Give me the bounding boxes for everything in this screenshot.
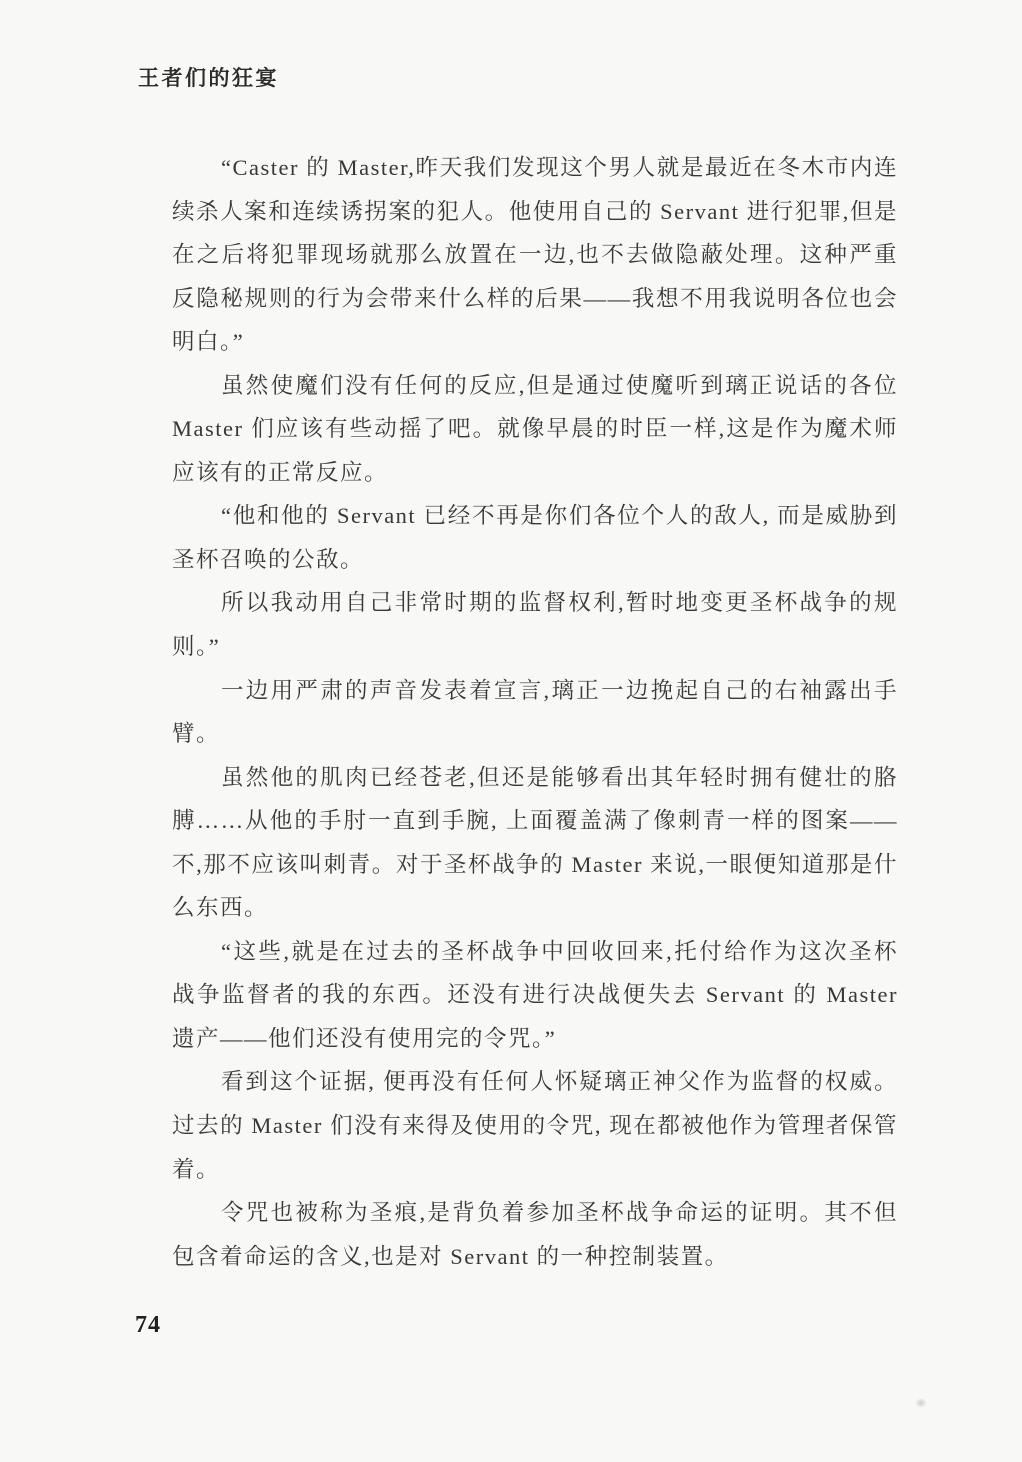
text-line: 虽然使魔们没有任何的反应,但是通过使魔听到璃正说话的各位 <box>172 364 898 408</box>
text-line: 应该有的正常反应。 <box>172 451 898 495</box>
page-body: “Caster 的 Master,昨天我们发现这个男人就是最近在冬木市内连续杀人… <box>172 146 898 1278</box>
text-line: 着。 <box>172 1148 898 1192</box>
text-line: 所以我动用自己非常时期的监督权利,暂时地变更圣杯战争的规 <box>172 581 898 625</box>
text-line: “Caster 的 Master,昨天我们发现这个男人就是最近在冬木市内连 <box>172 146 898 190</box>
text-line: 圣杯召唤的公敌。 <box>172 538 898 582</box>
text-line: 续杀人案和连续诱拐案的犯人。他使用自己的 Servant 进行犯罪,但是 <box>172 190 898 234</box>
text-line: 明白。” <box>172 320 898 364</box>
scan-smudge <box>915 1398 927 1408</box>
text-line: 则。” <box>172 625 898 669</box>
text-line: “这些,就是在过去的圣杯战争中回收回来,托付给作为这次圣杯 <box>172 930 898 974</box>
book-page: 王者们的狂宴 “Caster 的 Master,昨天我们发现这个男人就是最近在冬… <box>0 0 1022 1462</box>
text-line: 虽然他的肌肉已经苍老,但还是能够看出其年轻时拥有健壮的胳 <box>172 756 898 800</box>
text-line: 过去的 Master 们没有来得及使用的令咒, 现在都被他作为管理者保管 <box>172 1104 898 1148</box>
text-line: 包含着命运的含义,也是对 Servant 的一种控制装置。 <box>172 1235 898 1279</box>
text-line: 在之后将犯罪现场就那么放置在一边,也不去做隐蔽处理。这种严重违 <box>172 233 898 277</box>
running-header: 王者们的狂宴 <box>138 62 279 92</box>
text-line: 遗产——他们还没有使用完的令咒。” <box>172 1017 898 1061</box>
text-line: 么东西。 <box>172 886 898 930</box>
text-line: 看到这个证据, 便再没有任何人怀疑璃正神父作为监督的权威。 <box>172 1060 898 1104</box>
page-number: 74 <box>135 1312 161 1339</box>
text-line: 战争监督者的我的东西。还没有进行决战便失去 Servant 的 Master 们… <box>172 973 898 1017</box>
text-line: 反隐秘规则的行为会带来什么样的后果——我想不用我说明各位也会 <box>172 277 898 321</box>
text-line: 不,那不应该叫刺青。对于圣杯战争的 Master 来说,一眼便知道那是什 <box>172 843 898 887</box>
text-line: 一边用严肃的声音发表着宣言,璃正一边挽起自己的右袖露出手 <box>172 669 898 713</box>
text-line: 臂。 <box>172 712 898 756</box>
text-line: Master 们应该有些动摇了吧。就像早晨的时臣一样,这是作为魔术师都 <box>172 407 898 451</box>
text-line: “他和他的 Servant 已经不再是你们各位个人的敌人, 而是威胁到 <box>172 494 898 538</box>
text-line: 膊……从他的手肘一直到手腕, 上面覆盖满了像刺青一样的图案—— <box>172 799 898 843</box>
text-line: 令咒也被称为圣痕,是背负着参加圣杯战争命运的证明。其不但 <box>172 1191 898 1235</box>
